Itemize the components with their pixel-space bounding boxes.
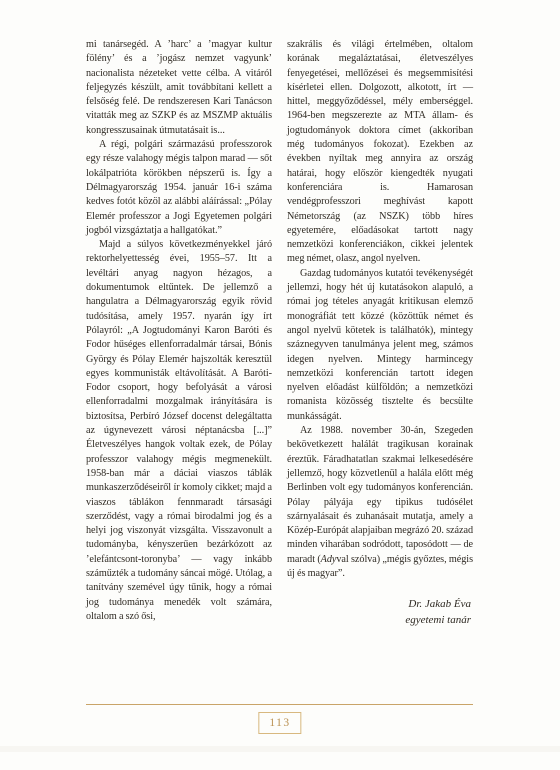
paragraph-text: Az 1988. november 30-án, Szegeden beköve…: [287, 425, 473, 565]
book-page: mi tanársegéd. A ’harc’ a ’magyar kultur…: [0, 0, 560, 770]
paragraph: Az 1988. november 30-án, Szegeden beköve…: [287, 424, 473, 581]
paragraph: A régi, polgári származású professzorok …: [86, 138, 272, 238]
text-column-left: mi tanársegéd. A ’harc’ a ’magyar kultur…: [86, 38, 272, 628]
italic-word: Ady: [321, 554, 337, 565]
page-number: 113: [269, 717, 290, 729]
paragraph-continuation: szakrális és világi értelmében, oltalom …: [287, 38, 473, 267]
paragraph: Gazdag tudományos kutatói tevékenységét …: [287, 267, 473, 424]
text-column-right: szakrális és világi értelmében, oltalom …: [287, 38, 473, 628]
footer-divider: [86, 704, 473, 705]
paragraph-continuation: mi tanársegéd. A ’harc’ a ’magyar kultur…: [86, 38, 272, 138]
page-number-box: 113: [258, 712, 301, 734]
author-name: Dr. Jakab Éva: [287, 597, 471, 613]
author-signature: Dr. Jakab Éva egyetemi tanár: [287, 597, 473, 628]
author-title: egyetemi tanár: [287, 613, 471, 629]
scan-edge-shadow: [0, 746, 560, 752]
paragraph: Majd a súlyos következményekkel járó rek…: [86, 238, 272, 624]
page-content: mi tanársegéd. A ’harc’ a ’magyar kultur…: [86, 38, 473, 628]
